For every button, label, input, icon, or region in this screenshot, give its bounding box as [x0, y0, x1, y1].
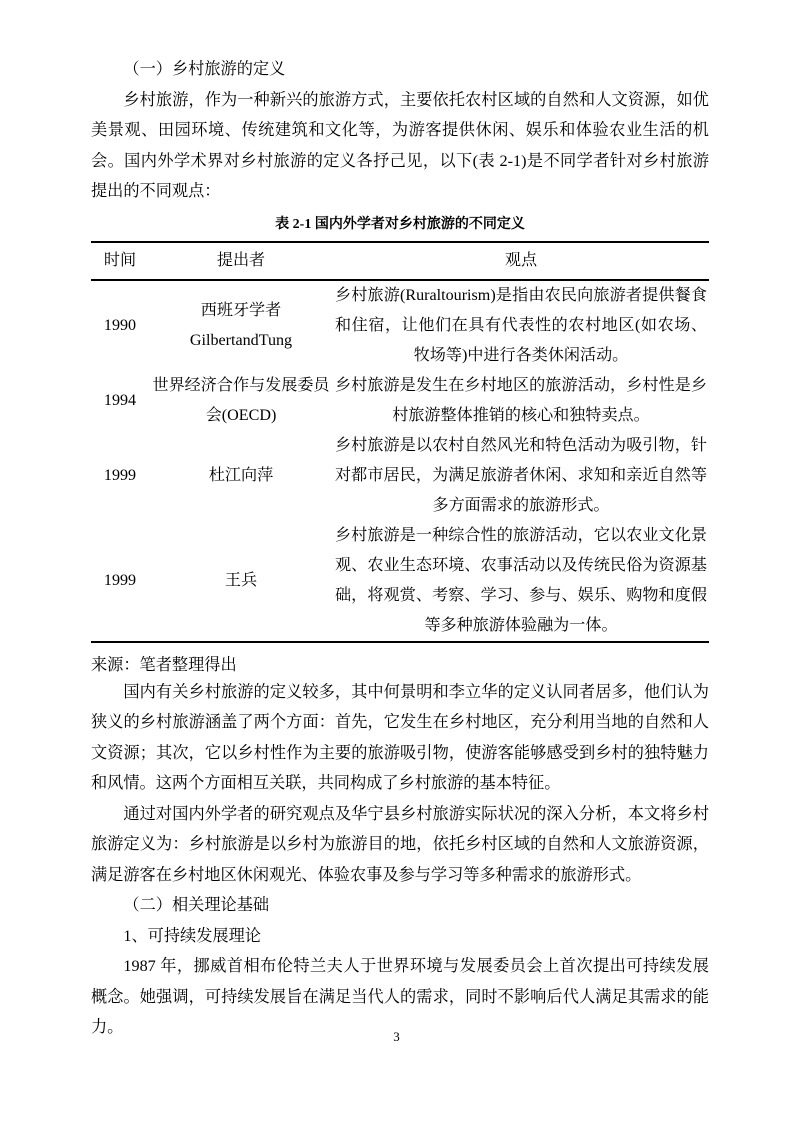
cell-proposer: 杜江向萍 [149, 431, 333, 521]
definitions-table: 时间 提出者 观点 1990 西班牙学者 GilbertandTung 乡村旅游… [91, 241, 709, 643]
cell-viewpoint: 乡村旅游是以农村自然风光和特色活动为吸引物，针对都市居民，为满足旅游者休闲、求知… [333, 431, 709, 521]
section-heading-theory: （二）相关理论基础 [91, 890, 709, 921]
subsection-heading-sustainable: 1、可持续发展理论 [91, 921, 709, 952]
cell-proposer: 世界经济合作与发展委员 会(OECD) [149, 371, 333, 431]
cell-proposer: 王兵 [149, 521, 333, 642]
table-row: 1990 西班牙学者 GilbertandTung 乡村旅游(Ruraltour… [91, 280, 709, 371]
cell-proposer: 西班牙学者 GilbertandTung [149, 280, 333, 371]
section-heading-definition: （一）乡村旅游的定义 [91, 54, 709, 85]
table-row: 1994 世界经济合作与发展委员 会(OECD) 乡村旅游是发生在乡村地区的旅游… [91, 371, 709, 431]
table-caption: 表 2-1 国内外学者对乡村旅游的不同定义 [91, 215, 709, 235]
paragraph-own-definition: 通过对国内外学者的研究观点及华宁县乡村旅游实际状况的深入分析，本文将乡村旅游定义… [91, 799, 709, 891]
column-header-proposer: 提出者 [149, 242, 333, 280]
page-number: 3 [0, 1028, 793, 1046]
cell-viewpoint: 乡村旅游是一种综合性的旅游活动，它以农业文化景观、农业生态环境、农事活动以及传统… [333, 521, 709, 642]
cell-viewpoint: 乡村旅游(Ruraltourism)是指由农民向旅游者提供餐食和住宿，让他们在具… [333, 280, 709, 371]
cell-time: 1999 [91, 521, 149, 642]
paragraph-consensus: 国内有关乡村旅游的定义较多，其中何景明和李立华的定义认同者居多，他们认为狭义的乡… [91, 677, 709, 799]
table-row: 1999 王兵 乡村旅游是一种综合性的旅游活动，它以农业文化景观、农业生态环境、… [91, 521, 709, 642]
column-header-viewpoint: 观点 [333, 242, 709, 280]
cell-time: 1990 [91, 280, 149, 371]
document-page: （一）乡村旅游的定义 乡村旅游，作为一种新兴的旅游方式，主要依托农村区域的自然和… [0, 0, 793, 1122]
table-source-note: 来源：笔者整理得出 [91, 653, 709, 677]
cell-viewpoint: 乡村旅游是发生在乡村地区的旅游活动，乡村性是乡村旅游整体推销的核心和独特卖点。 [333, 371, 709, 431]
table-row: 1999 杜江向萍 乡村旅游是以农村自然风光和特色活动为吸引物，针对都市居民，为… [91, 431, 709, 521]
paragraph-intro: 乡村旅游，作为一种新兴的旅游方式，主要依托农村区域的自然和人文资源，如优美景观、… [91, 85, 709, 207]
column-header-time: 时间 [91, 242, 149, 280]
cell-time: 1999 [91, 431, 149, 521]
table-header-row: 时间 提出者 观点 [91, 242, 709, 280]
cell-time: 1994 [91, 371, 149, 431]
